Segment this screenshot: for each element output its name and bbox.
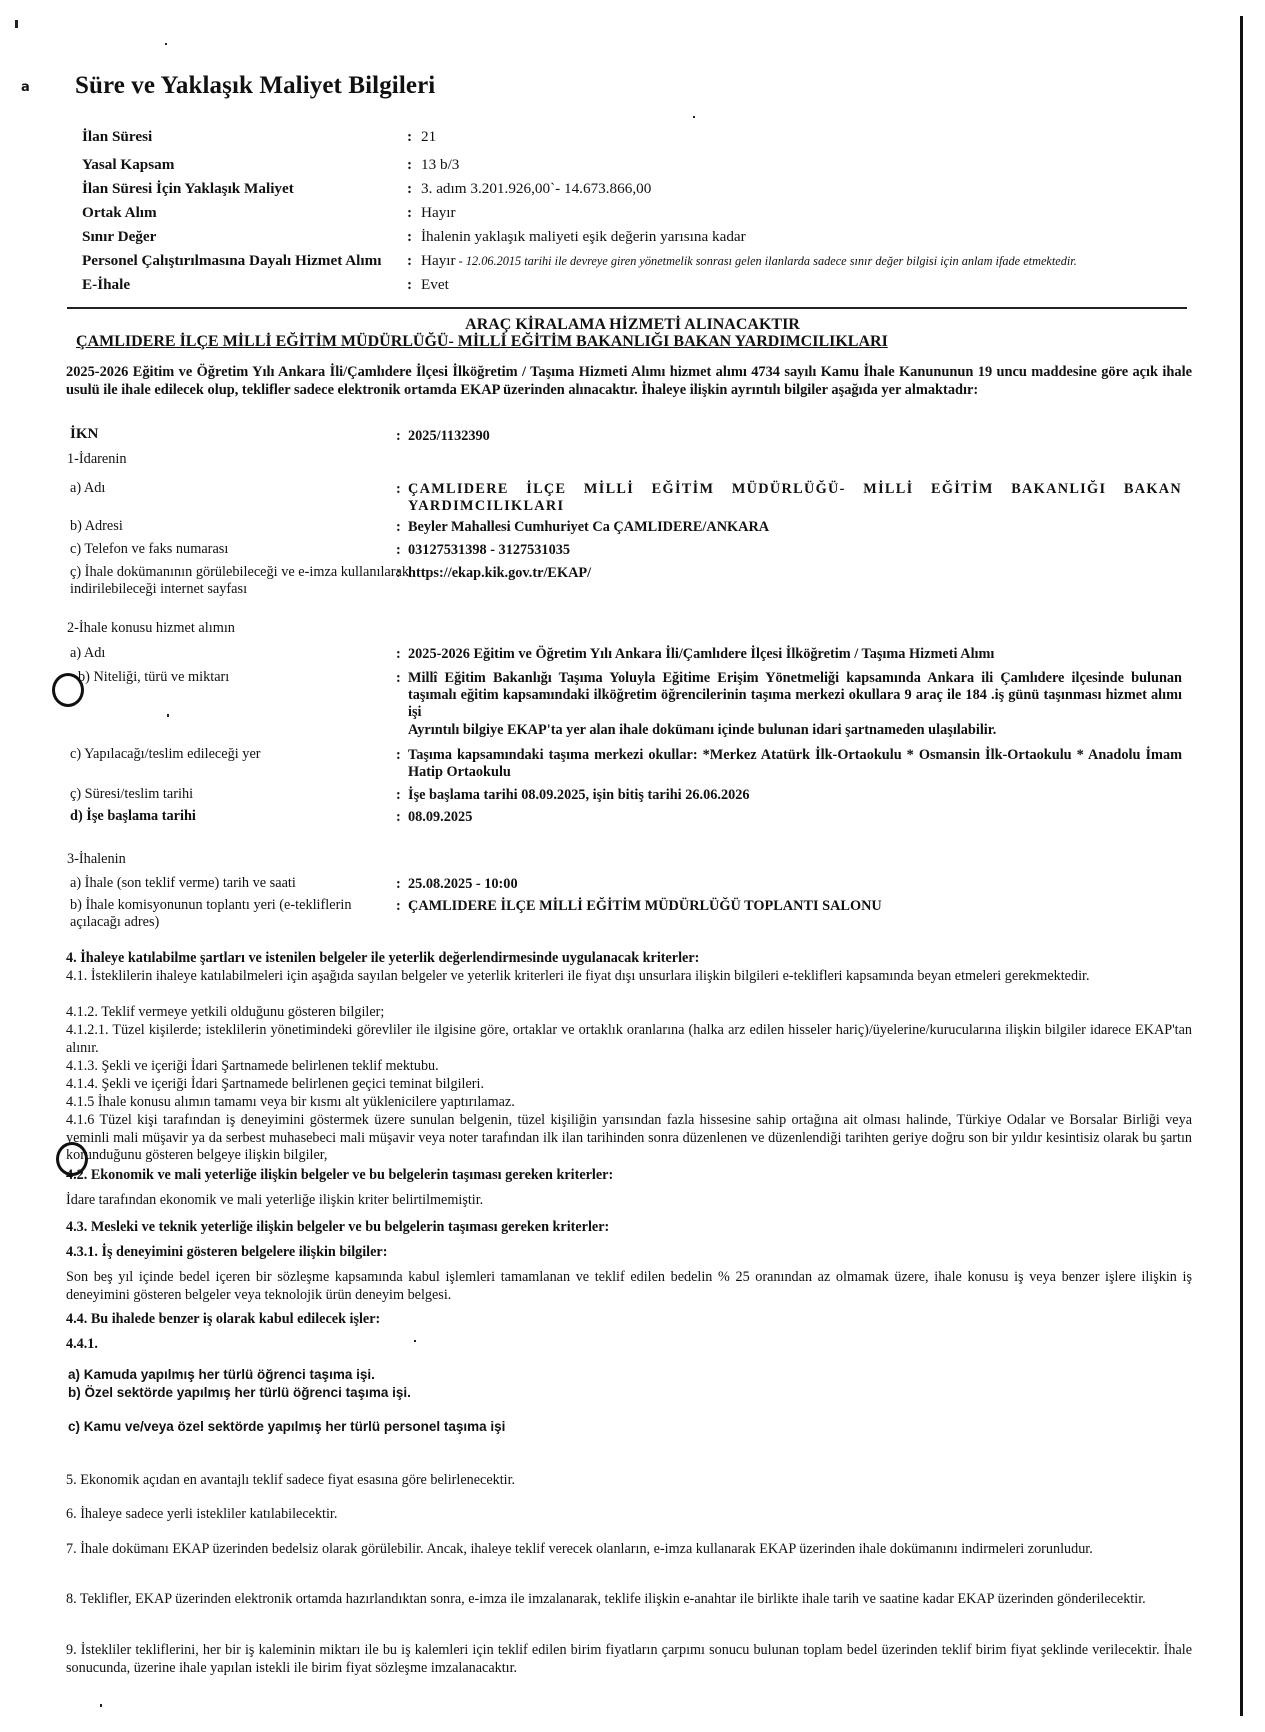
criteria-4-1-3: 4.1.3. Şekli ve içeriği İdari Şartnamede… bbox=[66, 1058, 1192, 1076]
corner-mark: a bbox=[21, 80, 30, 95]
hizmet-description: Millî Eğitim Bakanlığı Taşıma Yoluyla Eğ… bbox=[408, 670, 1182, 720]
criteria-4-3-1: Son beş yıl içinde bedel içeren bir sözl… bbox=[66, 1269, 1192, 1304]
hizmet-start-date: 08.09.2025 bbox=[408, 809, 472, 825]
hizmet-value-yer: :Taşıma kapsamındaki taşıma merkezi okul… bbox=[408, 747, 1182, 781]
colon: : bbox=[407, 128, 412, 146]
hizmet-value-nitelik-note: Ayrıntılı bilgiye EKAP'ta yer alan ihale… bbox=[408, 722, 1182, 739]
idare-label-adi: a) Adı bbox=[70, 480, 105, 497]
criteria-4-4-heading: 4.4. Bu ihalede benzer iş olarak kabul e… bbox=[66, 1311, 1192, 1329]
hizmet-value-sure: :İşe başlama tarihi 08.09.2025, işin bit… bbox=[408, 787, 1182, 804]
hizmet-label-sure: ç) Süresi/teslim tarihi bbox=[70, 786, 193, 803]
hizmet-name: 2025-2026 Eğitim ve Öğretim Yılı Ankara … bbox=[408, 646, 994, 662]
item-9: 9. İstekliler tekliflerini, her bir iş k… bbox=[66, 1642, 1192, 1677]
colon: : bbox=[407, 180, 412, 198]
criteria-4-2-heading: 4.2. Ekonomik ve mali yeterliğe ilişkin … bbox=[66, 1167, 1192, 1185]
colon: : bbox=[407, 276, 412, 294]
summary-value: Hayır - 12.06.2015 tarihi ile devreye gi… bbox=[421, 252, 1077, 270]
item-5: 5. Ekonomik açıdan en avantajlı teklif s… bbox=[66, 1472, 1192, 1490]
summary-row-sinir-deger: Sınır Değer : İhalenin yaklaşık maliyeti… bbox=[82, 228, 156, 246]
item-8: 8. Teklifler, EKAP üzerinden elektronik … bbox=[66, 1591, 1192, 1609]
scan-speck bbox=[100, 1704, 102, 1707]
scan-speck bbox=[165, 43, 167, 45]
hole-punch-mark bbox=[56, 1142, 88, 1176]
ihale-value-tarih: :25.08.2025 - 10:00 bbox=[408, 876, 1182, 893]
ikn-label: İKN bbox=[70, 426, 98, 443]
summary-row-ilan-suresi: İlan Süresi : 21 bbox=[82, 128, 152, 146]
hizmet-value-adi: :2025-2026 Eğitim ve Öğretim Yılı Ankara… bbox=[408, 646, 1182, 663]
idare-address: Beyler Mahallesi Cumhuriyet Ca ÇAMLIDERE… bbox=[408, 519, 769, 535]
idare-label-adres: b) Adresi bbox=[70, 518, 123, 535]
ihale-datetime: 25.08.2025 - 10:00 bbox=[408, 876, 518, 892]
criteria-4-1-2: 4.1.2. Teklif vermeye yetkili olduğunu g… bbox=[66, 1004, 1192, 1022]
criteria-4-1: 4.1. İsteklilerin ihaleye katılabilmeler… bbox=[66, 968, 1192, 986]
summary-value: 3. adım 3.201.926,00`- 14.673.866,00 bbox=[421, 180, 651, 198]
ikn-value: :2025/1132390 bbox=[408, 428, 1182, 445]
ikn-number: 2025/1132390 bbox=[408, 428, 490, 444]
scan-speck bbox=[167, 714, 169, 717]
scan-speck bbox=[693, 116, 695, 118]
section-hizmet: 2-İhale konusu hizmet alımın bbox=[67, 620, 235, 637]
ihale-location: ÇAMLIDERE İLÇE MİLLİ EĞİTİM MÜDÜRLÜĞÜ TO… bbox=[408, 898, 882, 914]
summary-row-e-ihale: E-İhale : Evet bbox=[82, 276, 130, 294]
summary-label: Ortak Alım bbox=[82, 204, 157, 221]
summary-value: Hayır bbox=[421, 204, 456, 222]
idare-name: ÇAMLIDERE İLÇE MİLLİ EĞİTİM MÜDÜRLÜĞÜ- M… bbox=[408, 481, 1182, 514]
colon: : bbox=[407, 204, 412, 222]
hizmet-value-nitelik: :Millî Eğitim Bakanlığı Taşıma Yoluyla E… bbox=[408, 670, 1182, 721]
ekap-link[interactable]: https://ekap.kik.gov.tr/EKAP/ bbox=[408, 565, 591, 581]
idare-value-internet: :https://ekap.kik.gov.tr/EKAP/ bbox=[408, 565, 1182, 582]
announcement-heading: ARAÇ KİRALAMA HİZMETİ ALINACAKTIR bbox=[0, 316, 1265, 334]
idare-phone: 03127531398 - 3127531035 bbox=[408, 542, 570, 558]
criteria-4-1-4: 4.1.4. Şekli ve içeriği İdari Şartnamede… bbox=[66, 1076, 1192, 1094]
colon: : bbox=[407, 252, 412, 270]
ihale-label-tarih: a) İhale (son teklif verme) tarih ve saa… bbox=[70, 875, 296, 892]
scan-speck bbox=[414, 1340, 416, 1342]
similar-work-a: a) Kamuda yapılmış her türlü öğrenci taş… bbox=[68, 1366, 1194, 1384]
summary-value: Evet bbox=[421, 276, 449, 294]
idare-label-internet: ç) İhale dokümanının görülebileceği ve e… bbox=[70, 564, 410, 598]
hizmet-location: Taşıma kapsamındaki taşıma merkezi okull… bbox=[408, 747, 1182, 780]
summary-value-note: - 12.06.2015 tarihi ile devreye giren yö… bbox=[456, 254, 1077, 268]
section-divider bbox=[67, 307, 1187, 309]
hizmet-value-baslama: :08.09.2025 bbox=[408, 809, 1182, 826]
similar-work-c: c) Kamu ve/veya özel sektörde yapılmış h… bbox=[68, 1418, 1194, 1436]
colon: : bbox=[407, 228, 412, 246]
page-title: Süre ve Yaklaşık Maliyet Bilgileri bbox=[75, 72, 435, 100]
announcement-subheading: ÇAMLIDERE İLÇE MİLLİ EĞİTİM MÜDÜRLÜĞÜ- M… bbox=[76, 333, 888, 351]
summary-label: E-İhale bbox=[82, 276, 130, 293]
hizmet-label-adi: a) Adı bbox=[70, 645, 105, 662]
ihale-label-yer: b) İhale komisyonunun toplantı yeri (e-t… bbox=[70, 897, 400, 931]
ihale-value-yer: :ÇAMLIDERE İLÇE MİLLİ EĞİTİM MÜDÜRLÜĞÜ T… bbox=[408, 898, 1182, 915]
summary-label: Personel Çalıştırılmasına Dayalı Hizmet … bbox=[82, 252, 382, 269]
summary-label: İlan Süresi İçin Yaklaşık Maliyet bbox=[82, 180, 294, 197]
colon: : bbox=[407, 156, 412, 174]
scanned-document-page: a Süre ve Yaklaşık Maliyet Bilgileri İla… bbox=[0, 0, 1265, 1732]
summary-row-personel: Personel Çalıştırılmasına Dayalı Hizmet … bbox=[82, 252, 382, 270]
idare-value-adi: :ÇAMLIDERE İLÇE MİLLİ EĞİTİM MÜDÜRLÜĞÜ- … bbox=[408, 481, 1182, 515]
summary-row-yaklasik-maliyet: İlan Süresi İçin Yaklaşık Maliyet : 3. a… bbox=[82, 180, 294, 198]
idare-value-telefon: :03127531398 - 3127531035 bbox=[408, 542, 1182, 559]
criteria-4-1-6: 4.1.6 Tüzel kişi tarafından iş deneyimin… bbox=[66, 1112, 1192, 1165]
summary-value: 21 bbox=[421, 128, 436, 146]
summary-value: İhalenin yaklaşık maliyeti eşik değerin … bbox=[421, 228, 746, 246]
scan-speck bbox=[15, 20, 18, 28]
criteria-4-1-2-1: 4.1.2.1. Tüzel kişilerde; isteklilerin y… bbox=[66, 1022, 1192, 1057]
hizmet-label-nitelik: b) Niteliği, türü ve miktarı bbox=[78, 669, 229, 686]
idare-label-telefon: c) Telefon ve faks numarası bbox=[70, 541, 228, 558]
summary-value: 13 b/3 bbox=[421, 156, 459, 174]
criteria-4-1-5: 4.1.5 İhale konusu alımın tamamı veya bi… bbox=[66, 1094, 1192, 1112]
similar-work-b: b) Özel sektörde yapılmış her türlü öğre… bbox=[68, 1384, 1194, 1402]
summary-label: Sınır Değer bbox=[82, 228, 156, 245]
hizmet-label-baslama: d) İşe başlama tarihi bbox=[70, 808, 196, 825]
summary-row-yasal-kapsam: Yasal Kapsam : 13 b/3 bbox=[82, 156, 174, 174]
scan-border-line bbox=[1240, 16, 1243, 1716]
announcement-intro: 2025-2026 Eğitim ve Öğretim Yılı Ankara … bbox=[66, 363, 1192, 399]
item-7: 7. İhale dokümanı EKAP üzerinden bedelsi… bbox=[66, 1541, 1192, 1559]
summary-row-ortak-alim: Ortak Alım : Hayır bbox=[82, 204, 157, 222]
summary-label: İlan Süresi bbox=[82, 128, 152, 145]
criteria-4-4-1: 4.4.1. bbox=[66, 1336, 1192, 1354]
criteria-4-2: İdare tarafından ekonomik ve mali yeterl… bbox=[66, 1192, 1192, 1210]
hole-punch-mark bbox=[52, 673, 84, 707]
section-ihale: 3-İhalenin bbox=[67, 851, 126, 868]
summary-label: Yasal Kapsam bbox=[82, 156, 174, 173]
hizmet-label-yer: c) Yapılacağı/teslim edileceği yer bbox=[70, 746, 261, 763]
criteria-heading: 4. İhaleye katılabilme şartları ve isten… bbox=[66, 950, 1192, 968]
idare-value-adres: :Beyler Mahallesi Cumhuriyet Ca ÇAMLIDER… bbox=[408, 519, 1182, 536]
criteria-4-3-1-heading: 4.3.1. İş deneyimini gösteren belgelere … bbox=[66, 1244, 1192, 1262]
section-idare: 1-İdarenin bbox=[67, 451, 127, 468]
hizmet-duration: İşe başlama tarihi 08.09.2025, işin biti… bbox=[408, 787, 750, 803]
criteria-4-3-heading: 4.3. Mesleki ve teknik yeterliğe ilişkin… bbox=[66, 1219, 1192, 1237]
summary-value-main: Hayır bbox=[421, 252, 456, 269]
item-6: 6. İhaleye sadece yerli istekliler katıl… bbox=[66, 1506, 1192, 1524]
